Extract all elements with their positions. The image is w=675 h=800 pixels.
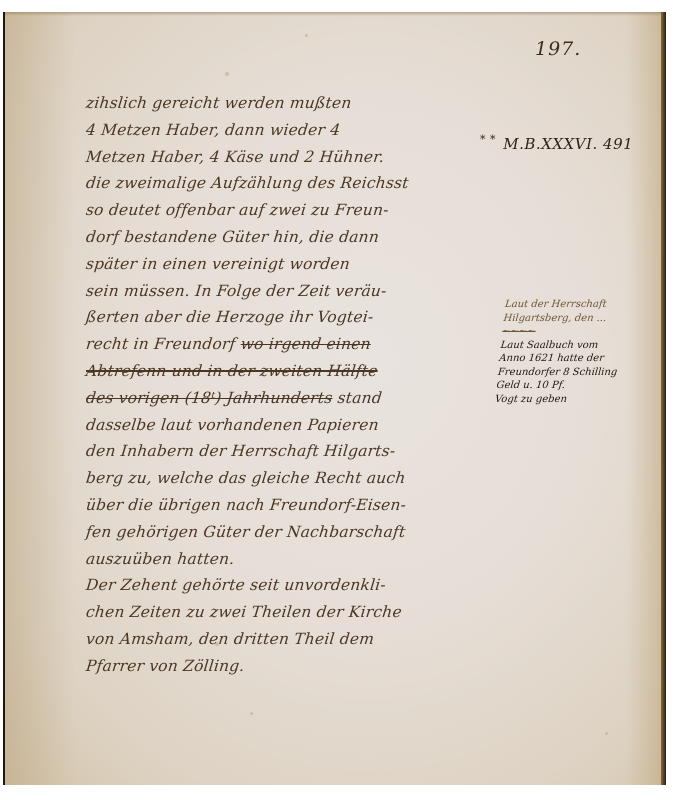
body-line: den Inhabern der Herrschaft Hilgarts-: [85, 438, 498, 465]
page-number: 197.: [535, 38, 581, 60]
margin-note-line: Laut Saalbuch vom: [500, 339, 661, 353]
margin-note-line: Hilgartsberg, den ...: [503, 312, 664, 326]
foxing-spot: [250, 712, 253, 715]
body-line-partially-struck: des vorigen (18ᵗ) Jahrhunderts stand: [85, 385, 498, 412]
margin-note-line: Laut der Herrschaft: [504, 298, 665, 312]
body-line: über die übrigen nach Freundorf-Eisen-: [85, 492, 498, 519]
margin-note-line: Geld u. 10 Pf.: [496, 379, 657, 393]
body-line-struck: Abtrefenn und in der zweiten Hälfte: [85, 358, 498, 385]
margin-note: Laut der Herrschaft Hilgartsberg, den ..…: [494, 298, 665, 406]
body-line: später in einen vereinigt worden: [85, 251, 498, 278]
reference-text: M.B.XXXVI. 491: [503, 135, 633, 153]
body-line: fen gehörigen Güter der Nachbarschaft: [85, 519, 498, 546]
body-line: sein müssen. In Folge der Zeit veräu-: [85, 278, 498, 305]
body-line: die zweimalige Aufzählung des Reichsst: [85, 170, 498, 197]
body-line-partially-struck: recht in Freundorf wo irgend einen: [85, 331, 498, 358]
page-top-shadow: [5, 12, 666, 16]
body-text: zihslich gereicht werden mußten 4 Metzen…: [86, 90, 496, 680]
margin-note-line: Anno 1621 hatte der: [499, 352, 660, 366]
foxing-spot: [225, 72, 229, 76]
body-line: Pfarrer von Zölling.: [85, 653, 498, 680]
struck-text: wo irgend einen: [240, 335, 372, 353]
body-line: dorf bestandene Güter hin, die dann: [85, 224, 498, 251]
margin-note-line: Vogt zu geben: [494, 393, 655, 407]
margin-note-line-struck: ~~~~: [501, 325, 662, 339]
reference-note: * * M.B.XXXVI. 491: [480, 133, 633, 153]
foxing-spot: [605, 732, 608, 735]
body-line: ßerten aber die Herzoge ihr Vogtei-: [85, 304, 498, 331]
body-line: dasselbe laut vorhandenen Papieren: [85, 412, 498, 439]
body-line: Der Zehent gehörte seit unvordenkli-: [85, 572, 498, 599]
foxing-spot: [305, 34, 308, 37]
body-line: Metzen Haber, 4 Käse und 2 Hühner.: [85, 144, 498, 171]
margin-note-line: Freundorfer 8 Schilling: [497, 366, 658, 380]
body-line: berg zu, welche das gleiche Recht auch: [85, 465, 498, 492]
body-line: zihslich gereicht werden mußten: [85, 90, 498, 117]
body-line: chen Zeiten zu zwei Theilen der Kirche: [85, 599, 498, 626]
page-right-edge: [661, 12, 666, 785]
body-line: so deutet offenbar auf zwei zu Freun-: [85, 197, 498, 224]
body-line: von Amsham, den dritten Theil dem: [85, 626, 498, 653]
body-line: 4 Metzen Haber, dann wieder 4: [85, 117, 498, 144]
body-line: auszuüben hatten.: [85, 546, 498, 573]
struck-text: des vorigen (18ᵗ) Jahrhunderts: [85, 389, 333, 407]
